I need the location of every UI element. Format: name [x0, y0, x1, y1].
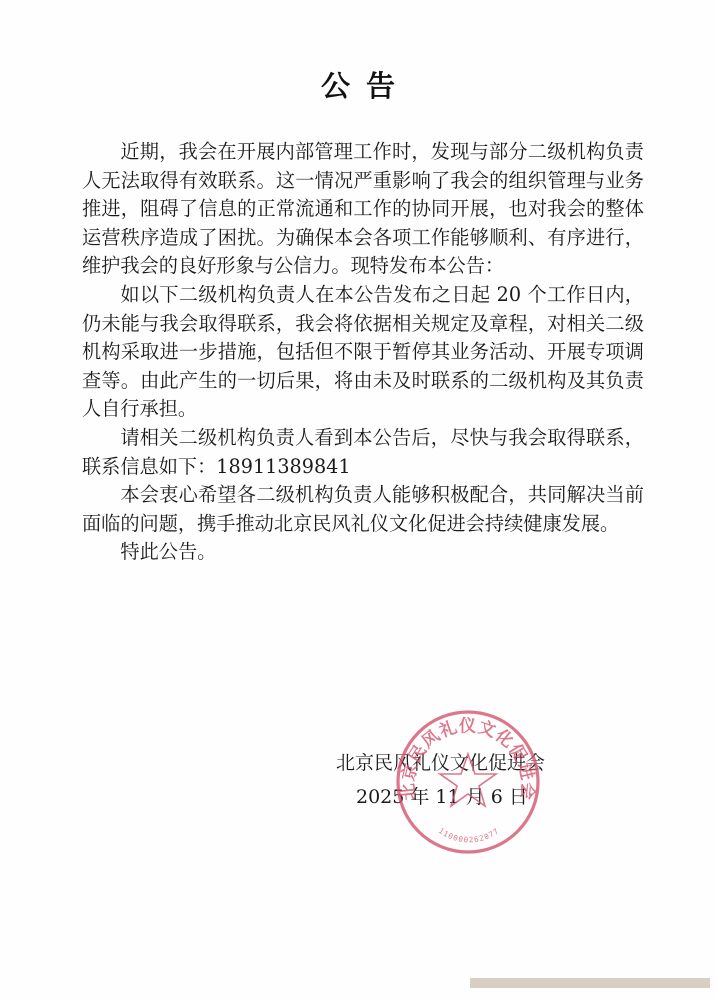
- signature-block: 北京民风礼仪文化促进会 2025 年 11 月 6 日: [336, 746, 576, 814]
- paragraph-deadline: 如以下二级机构负责人在本公告发布之日起 20 个工作日内，仍未能与我会取得联系，…: [82, 281, 644, 424]
- paragraph-hope: 本会衷心希望各二级机构负责人能够积极配合，共同解决当前面临的问题，携手推动北京民…: [82, 481, 644, 538]
- scan-footer-strip: [470, 978, 710, 988]
- document-body: 近期，我会在开展内部管理工作时，发现与部分二级机构负责人无法取得有效联系。这一情…: [82, 138, 644, 567]
- document-title: 公告: [0, 64, 716, 105]
- paragraph-contact: 请相关二级机构负责人看到本公告后，尽快与我会取得联系，联系信息如下：189113…: [82, 424, 644, 481]
- document-page: 公告 近期，我会在开展内部管理工作时，发现与部分二级机构负责人无法取得有效联系。…: [0, 0, 716, 1000]
- signature-organization: 北京民风礼仪文化促进会: [336, 746, 576, 780]
- paragraph-closing: 特此公告。: [82, 538, 644, 567]
- signature-date: 2025 年 11 月 6 日: [336, 780, 576, 814]
- svg-text:110000262077: 110000262077: [437, 826, 501, 844]
- seal-number: 110000262077: [437, 826, 501, 844]
- paragraph-intro: 近期，我会在开展内部管理工作时，发现与部分二级机构负责人无法取得有效联系。这一情…: [82, 138, 644, 281]
